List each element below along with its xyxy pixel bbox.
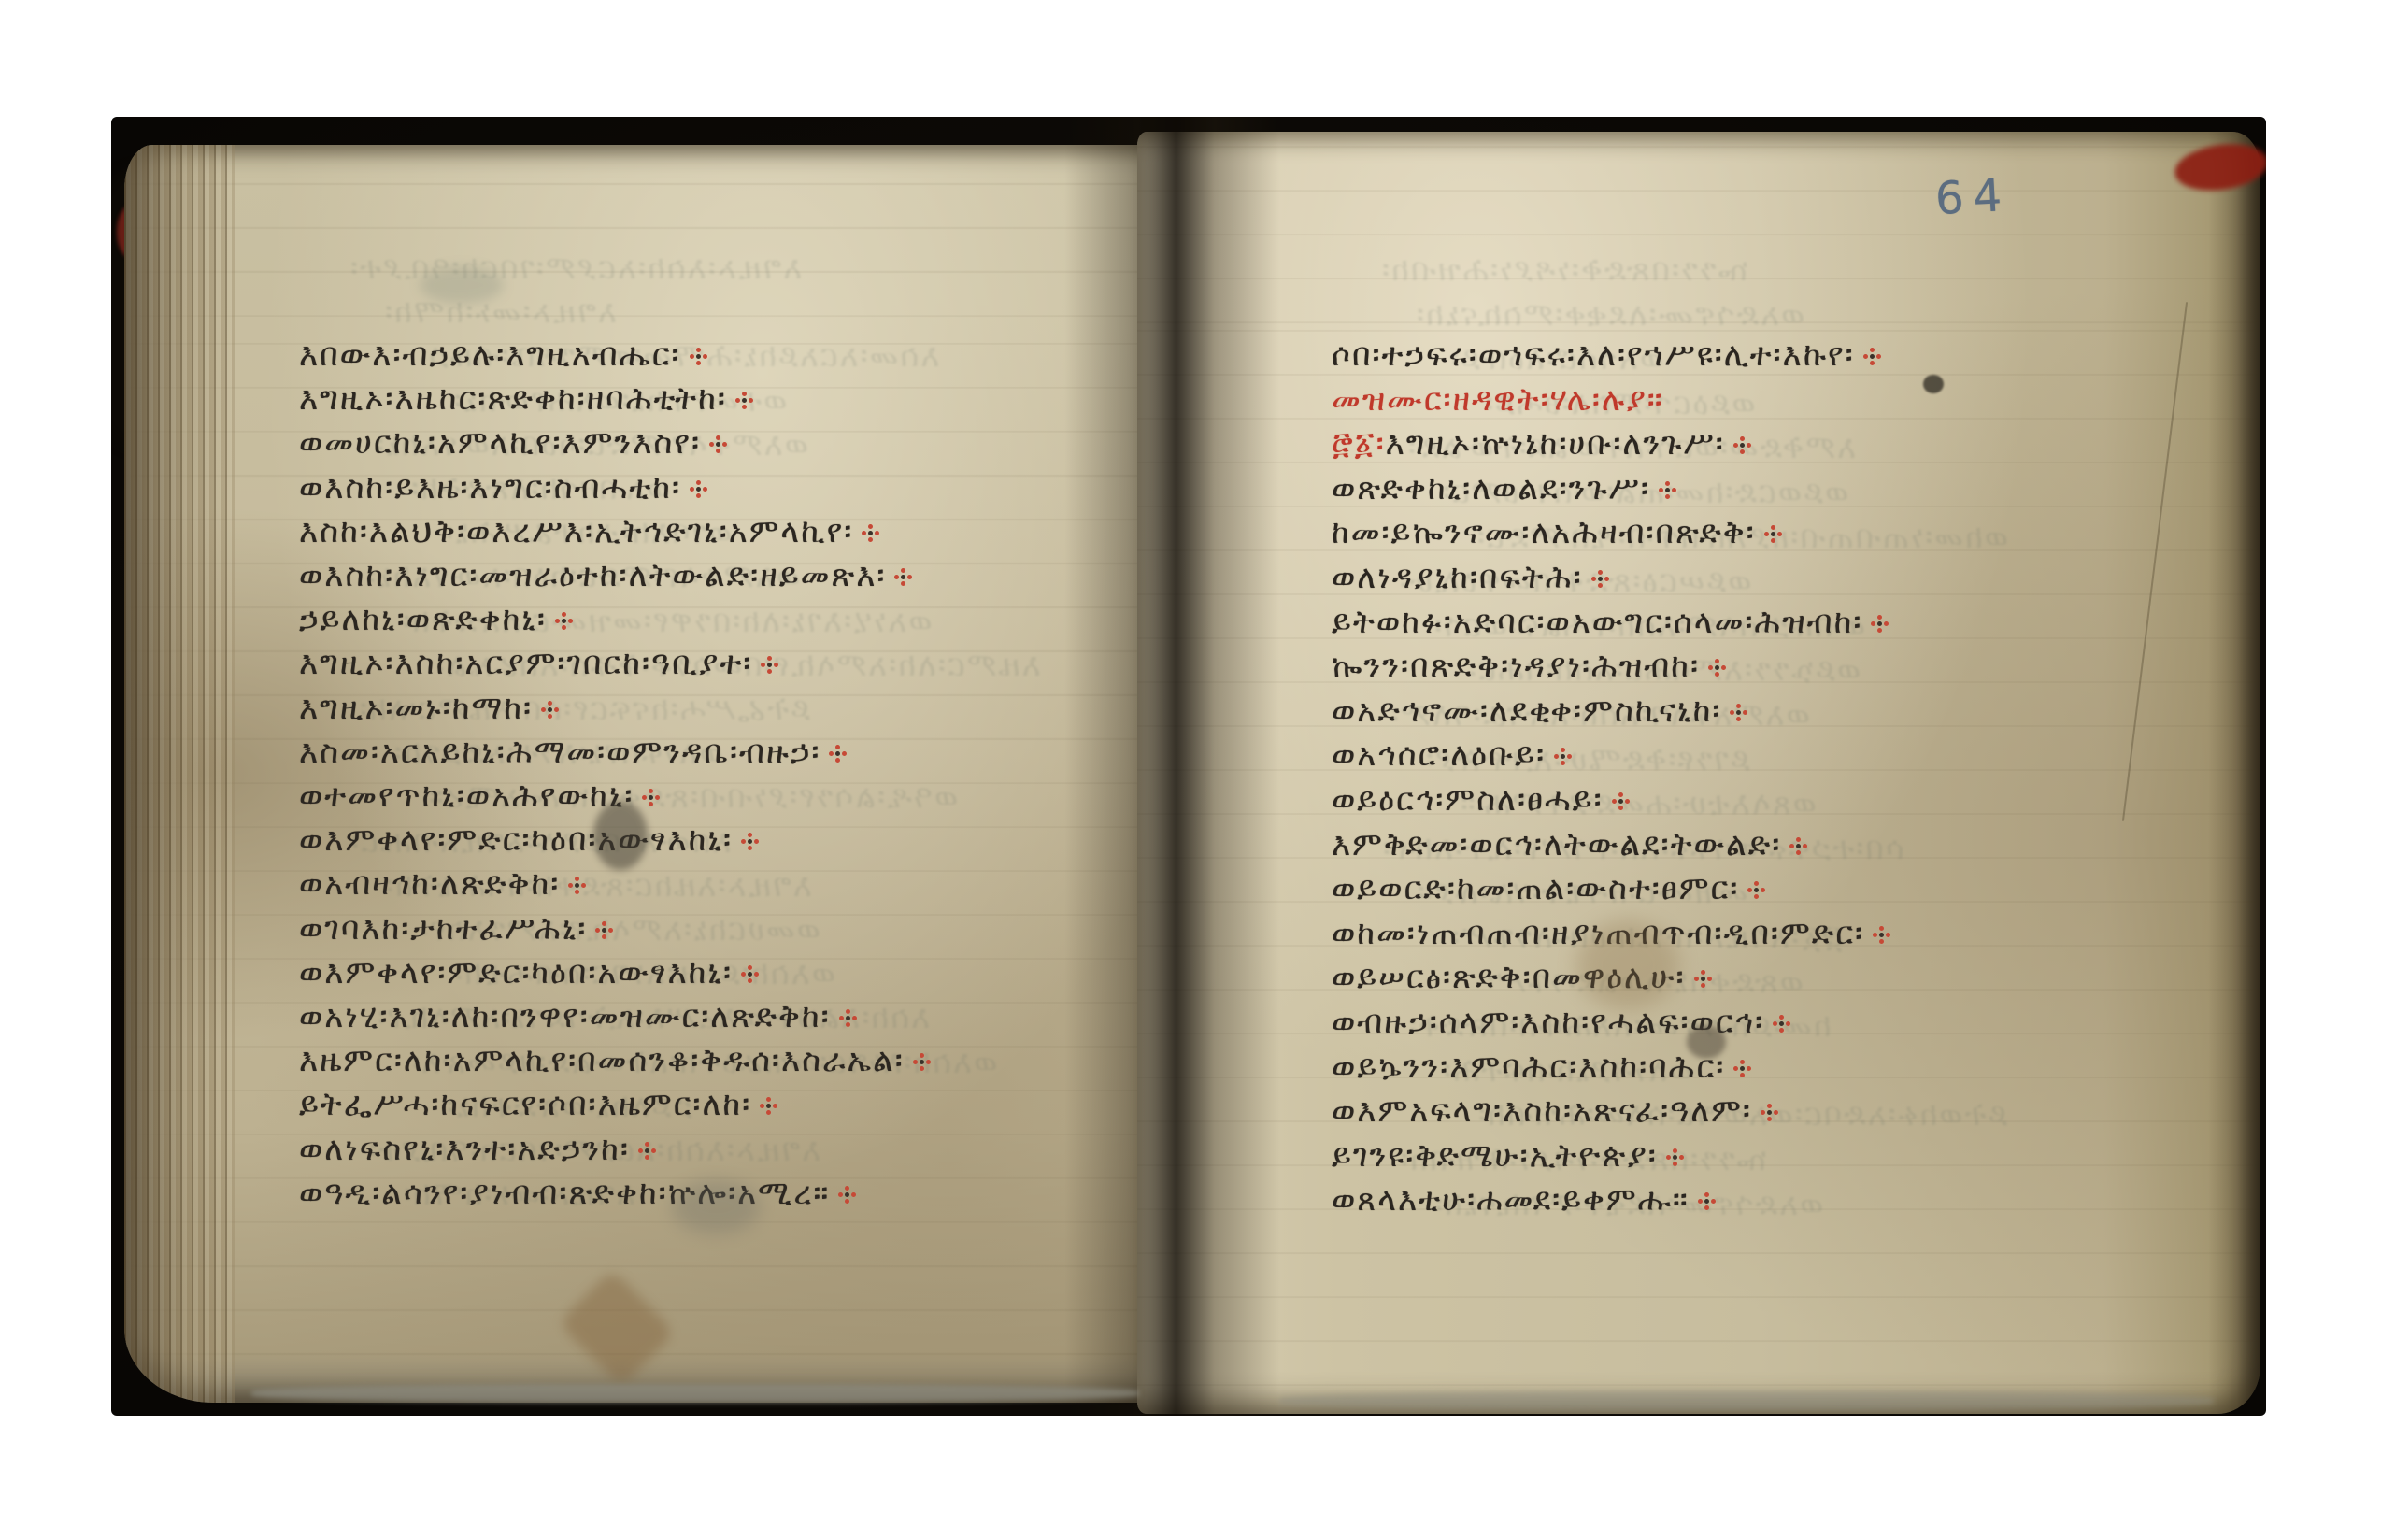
- text-line: እግዚኦ፡እዜከር፡ጽድቀከ፡ዘባሕቲትከ፡: [299, 380, 752, 421]
- verse-end-mark: [762, 657, 777, 673]
- text-line: ወእስከ፡ይእዜ፡እነግር፡ስብሓቲከ፡: [299, 469, 706, 510]
- bleed-through-text: ኰንን፡በጽድቅ፡ነዳያነ፡ሕዝብከ፡: [1380, 251, 1748, 289]
- text-line: ወእምአፍላግ፡እስከ፡አጽናፈ፡ዓለም፡: [1332, 1092, 1777, 1134]
- body-text: እግዚኦ፡እዜከር፡ጽድቀከ፡ዘባሕቲትከ፡: [299, 380, 727, 418]
- left-page: እግዚኦ፡እስከ፡አርያም፡ገበርከ፡ዓቢያተ፡እግዚኦ፡መኑ፡ከማከ፡እስመ፡…: [124, 145, 1154, 1403]
- text-line: ወአነሂ፡እገኒ፡ለከ፡በንዋየ፡መዝሙር፡ለጽድቅከ፡: [299, 998, 856, 1039]
- text-line: ወይወርድ፡ከመ፡ጠል፡ውስተ፡ፀምር፡: [1332, 870, 1764, 911]
- text-line: ወገባእከ፡ታከተፈሥሕኒ፡: [299, 910, 612, 951]
- verse-end-mark: [1734, 437, 1750, 453]
- verse-end-mark: [914, 1054, 930, 1070]
- text-line: ይትወከፉ፡አድባር፡ወአውግር፡ሰላመ፡ሕዝብከ፡: [1332, 604, 1888, 645]
- body-text: ከመ፡ይኰንኖሙ፡ለአሕዛብ፡በጽድቅ፡: [1332, 514, 1756, 551]
- text-line: ይገንዩ፡ቅድሜሁ፡ኢትዮጵያ፡: [1332, 1137, 1683, 1178]
- text-line: ሶበ፡ተኃፍሩ፡ወኀፍሩ፡እለ፡የኀሥዩ፡ሊተ፡እኩየ፡: [1332, 336, 1880, 378]
- verse-end-mark: [710, 436, 726, 452]
- text-line: ወከመ፡ነጠብጠብ፡ዘያነጠብጥብ፡ዲበ፡ምድር፡: [1332, 915, 1889, 956]
- verse-end-mark: [1790, 838, 1806, 854]
- body-text: ወእስከ፡እነግር፡መዝራዕተከ፡ለትውልድ፡ዘይመጽእ፡: [299, 557, 886, 594]
- body-text: እስመ፡አርአይከኒ፡ሕማመ፡ወምንዳቤ፡ብዙኃ፡: [299, 734, 820, 771]
- verse-end-mark: [863, 525, 878, 541]
- bleed-through-text: ወአድኅኖሙ፡ለደቂቀ፡ምስኪናኒከ፡: [1415, 296, 1804, 334]
- bleed-through-text: እግዚኦ፡እስከ፡አርያም፡ገበርከ፡ዓቢያተ፡: [349, 250, 802, 287]
- verse-end-mark: [1761, 1105, 1777, 1120]
- text-line: ወለነፍስየኒ፡እንተ፡አድኃንከ፡: [299, 1131, 655, 1172]
- body-text: ወአድኅኖሙ፡ለደቂቀ፡ምስኪናኒከ፡: [1332, 692, 1721, 730]
- body-text: ወከመ፡ነጠብጠብ፡ዘያነጠብጥብ፡ዲበ፡ምድር፡: [1332, 915, 1864, 952]
- body-text: ወገባእከ፡ታከተፈሥሕኒ፡: [299, 910, 587, 948]
- body-text: ወለነፍስየኒ፡እንተ፡አድኃንከ፡: [299, 1131, 630, 1168]
- verse-end-mark: [839, 1187, 855, 1203]
- text-line: ኃይለከኒ፡ወጽድቀከኒ፡: [299, 601, 572, 642]
- text-line: ወእምቀላየ፡ምድር፡ካዕበ፡አውፃእከኒ፡: [299, 821, 758, 863]
- verse-end-mark: [1555, 749, 1571, 764]
- verse-end-mark: [742, 834, 758, 849]
- body-text: ወይወርድ፡ከመ፡ጠል፡ውስተ፡ፀምር፡: [1332, 870, 1739, 907]
- body-text: ወጸላእቲሁ፡ሐመደ፡ይቀምሑ።: [1332, 1181, 1690, 1219]
- text-line: ወይኴንን፡እምባሕር፡እስከ፡ባሕር፡: [1332, 1048, 1750, 1090]
- body-text: ሶበ፡ተኃፍሩ፡ወኀፍሩ፡እለ፡የኀሥዩ፡ሊተ፡እኩየ፡: [1332, 336, 1855, 374]
- verse-end-mark: [895, 569, 911, 585]
- parchment-crease: [2122, 302, 2188, 821]
- text-line: እስከ፡እልህቅ፡ወእረሥእ፡ኢትኅድገኒ፡አምላኪየ፡: [299, 513, 878, 554]
- verse-end-mark: [542, 702, 558, 718]
- rubric-text: ፸፩፡: [1332, 425, 1386, 463]
- body-text: ኃይለከኒ፡ወጽድቀከኒ፡: [299, 601, 547, 638]
- body-text: ወይዕርኅ፡ምስለ፡ፀሓይ፡: [1332, 781, 1604, 819]
- body-text: ወአብዛኅከ፡ለጽድቅከ፡: [299, 865, 560, 903]
- text-line: ወእስከ፡እነግር፡መዝራዕተከ፡ለትውልድ፡ዘይመጽእ፡: [299, 557, 911, 598]
- verse-end-mark: [1695, 971, 1711, 987]
- text-line: ወለነዳያኒከ፡በፍትሕ፡: [1332, 559, 1608, 600]
- text-line: እበውእ፡ብኃይሉ፡እግዚአብሔር፡: [299, 336, 706, 378]
- body-text: ወአነሂ፡እገኒ፡ለከ፡በንዋየ፡መዝሙር፡ለጽድቅከ፡: [299, 998, 831, 1035]
- body-text: ወይሠርፅ፡ጽድቅ፡በመዋዕሊሁ፡: [1332, 959, 1686, 996]
- verse-end-mark: [1613, 793, 1629, 809]
- text-line: ወተመየጥከኒ፡ወአሕየውከኒ፡: [299, 777, 659, 819]
- folio-number-pencil: 64: [1934, 169, 2013, 225]
- body-text: ይገንዩ፡ቅድሜሁ፡ኢትዮጵያ፡: [1332, 1137, 1658, 1175]
- verse-end-mark: [639, 1143, 655, 1159]
- body-text: ይትወከፉ፡አድባር፡ወአውግር፡ሰላመ፡ሕዝብከ፡: [1332, 604, 1862, 641]
- photo-background: እግዚኦ፡እስከ፡አርያም፡ገበርከ፡ዓቢያተ፡እግዚኦ፡መኑ፡ከማከ፡እስመ፡…: [111, 117, 2266, 1416]
- rubric-text: መዝሙር፡ዘዳዊት፡ሃሌ፡ሉያ።: [1332, 381, 1664, 419]
- verse-end-mark: [1774, 1016, 1789, 1032]
- text-line: ወአድኅኖሙ፡ለደቂቀ፡ምስኪናኒከ፡: [1332, 692, 1747, 734]
- body-text: ወእስከ፡ይእዜ፡እነግር፡ስብሓቲከ፡: [299, 469, 681, 506]
- body-text: እምቅድመ፡ወርኅ፡ለትውልደ፡ትውልድ፡: [1332, 826, 1781, 863]
- body-text: ወዓዲ፡ልሳንየ፡ያነብብ፡ጽድቀከ፡ኵሎ፡አሚረ።: [299, 1175, 830, 1212]
- body-text: ወይኴንን፡እምባሕር፡እስከ፡ባሕር፡: [1332, 1048, 1725, 1086]
- text-line: እግዚኦ፡እስከ፡አርያም፡ገበርከ፡ዓቢያተ፡: [299, 645, 777, 686]
- bottom-deckle-edge: [251, 1384, 1139, 1403]
- page-edge-striations: [124, 145, 235, 1403]
- body-text: ወእምቀላየ፡ምድር፡ካዕበ፡አውፃእከኒ፡: [299, 821, 733, 859]
- verse-end-mark: [596, 922, 612, 938]
- verse-end-mark: [1592, 571, 1608, 587]
- text-line: ይትፌሥሓ፡ከናፍርየ፡ሶበ፡እዜምር፡ለከ፡: [299, 1086, 777, 1127]
- verse-end-mark: [1734, 1061, 1750, 1077]
- body-text: ወእምአፍላግ፡እስከ፡አጽናፈ፡ዓለም፡: [1332, 1092, 1752, 1130]
- body-text: ወጽድቀከኒ፡ለወልደ፡ንጉሥ፡: [1332, 470, 1650, 507]
- verse-end-mark: [736, 392, 752, 408]
- text-line: ወጸላእቲሁ፡ሐመደ፡ይቀምሑ።: [1332, 1181, 1715, 1222]
- body-text: ወብዙኃ፡ሰላም፡እስከ፡የሓልፍ፡ወርኅ፡: [1332, 1004, 1764, 1041]
- bottom-deckle-edge: [1279, 1391, 2214, 1410]
- text-line: ወአኅሰሮ፡ለዕቡይ፡: [1332, 736, 1571, 777]
- verse-end-mark: [761, 1098, 777, 1114]
- verse-end-mark: [1864, 349, 1880, 364]
- verse-end-mark: [643, 790, 659, 806]
- verse-end-mark: [830, 746, 846, 762]
- body-text: ወመሀርከኒ፡አምላኪየ፡እምንእስየ፡: [299, 424, 701, 462]
- verse-end-mark: [556, 613, 572, 629]
- body-text: ይትፌሥሓ፡ከናፍርየ፡ሶበ፡እዜምር፡ለከ፡: [299, 1086, 751, 1123]
- verse-end-mark: [742, 966, 758, 982]
- body-text: እስከ፡እልህቅ፡ወእረሥእ፡ኢትኅድገኒ፡አምላኪየ፡: [299, 513, 853, 550]
- body-text: እግዚኦ፡ኵነኔከ፡ሀቡ፡ለንጉሥ፡: [1386, 425, 1725, 463]
- text-line: ወጽድቀከኒ፡ለወልደ፡ንጉሥ፡: [1332, 470, 1675, 511]
- text-line: ወመሀርከኒ፡አምላኪየ፡እምንእስየ፡: [299, 424, 726, 465]
- verse-end-mark: [1709, 660, 1725, 676]
- body-text: ወእምቀላየ፡ምድር፡ካዕበ፡አውፃእከኒ፡: [299, 954, 733, 991]
- body-text: ወተመየጥከኒ፡ወአሕየውከኒ፡: [299, 777, 634, 815]
- body-text: ወለነዳያኒከ፡በፍትሕ፡: [1332, 559, 1583, 596]
- verse-end-mark: [1699, 1193, 1715, 1209]
- text-line: ወእምቀላየ፡ምድር፡ካዕበ፡አውፃእከኒ፡: [299, 954, 758, 995]
- text-line: ኰንን፡በጽድቅ፡ነዳያነ፡ሕዝብከ፡: [1332, 648, 1725, 689]
- text-line: እግዚኦ፡መኑ፡ከማከ፡: [299, 690, 558, 731]
- text-line: ወዓዲ፡ልሳንየ፡ያነብብ፡ጽድቀከ፡ኵሎ፡አሚረ።: [299, 1175, 855, 1216]
- text-line: እስመ፡አርአይከኒ፡ሕማመ፡ወምንዳቤ፡ብዙኃ፡: [299, 734, 846, 775]
- verse-end-mark: [1874, 927, 1889, 943]
- body-text: እበውእ፡ብኃይሉ፡እግዚአብሔር፡: [299, 336, 681, 374]
- body-text: እግዚኦ፡መኑ፡ከማከ፡: [299, 690, 533, 727]
- text-line: ወይዕርኅ፡ምስለ፡ፀሓይ፡: [1332, 781, 1629, 822]
- manuscript-photo-scan: እግዚኦ፡እስከ፡አርያም፡ገበርከ፡ዓቢያተ፡እግዚኦ፡መኑ፡ከማከ፡እስመ፡…: [0, 0, 2381, 1540]
- bleed-through-text: እግዚኦ፡መኑ፡ከማከ፡: [383, 293, 617, 331]
- right-page: ኰንን፡በጽድቅ፡ነዳያነ፡ሕዝብከ፡ወአድኅኖሙ፡ለደቂቀ፡ምስኪናኒከ፡ወአ…: [1137, 132, 2260, 1414]
- body-text: እግዚኦ፡እስከ፡አርያም፡ገበርከ፡ዓቢያተ፡: [299, 645, 752, 682]
- verse-end-mark: [1765, 526, 1781, 542]
- verse-end-mark: [1872, 616, 1888, 632]
- text-line: እዜምር፡ለከ፡አምላኪየ፡በመሰንቆ፡ቅዱሰ፡እስራኤል፡: [299, 1042, 930, 1083]
- verse-end-mark: [1667, 1149, 1683, 1165]
- text-line: ከመ፡ይኰንኖሙ፡ለአሕዛብ፡በጽድቅ፡: [1332, 514, 1781, 555]
- text-line: ወይሠርፅ፡ጽድቅ፡በመዋዕሊሁ፡: [1332, 959, 1711, 1000]
- body-text: እዜምር፡ለከ፡አምላኪየ፡በመሰንቆ፡ቅዱሰ፡እስራኤል፡: [299, 1042, 905, 1079]
- text-line: እምቅድመ፡ወርኅ፡ለትውልደ፡ትውልድ፡: [1332, 826, 1806, 867]
- verse-end-mark: [1731, 705, 1747, 720]
- text-line: መዝሙር፡ዘዳዊት፡ሃሌ፡ሉያ።: [1332, 381, 1664, 422]
- verse-end-mark: [691, 349, 706, 364]
- verse-end-mark: [840, 1010, 856, 1026]
- verse-end-mark: [1660, 482, 1675, 498]
- verse-end-mark: [569, 877, 585, 893]
- body-text: ኰንን፡በጽድቅ፡ነዳያነ፡ሕዝብከ፡: [1332, 648, 1700, 685]
- verse-end-mark: [691, 481, 706, 497]
- verse-end-mark: [1748, 882, 1764, 898]
- text-line: ፸፩፡እግዚኦ፡ኵነኔከ፡ሀቡ፡ለንጉሥ፡: [1332, 425, 1750, 466]
- fore-edge-shadow: [2208, 132, 2260, 1414]
- text-line: ወአብዛኅከ፡ለጽድቅከ፡: [299, 865, 585, 906]
- body-text: ወአኅሰሮ፡ለዕቡይ፡: [1332, 736, 1546, 774]
- text-line: ወብዙኃ፡ሰላም፡እስከ፡የሓልፍ፡ወርኅ፡: [1332, 1004, 1789, 1045]
